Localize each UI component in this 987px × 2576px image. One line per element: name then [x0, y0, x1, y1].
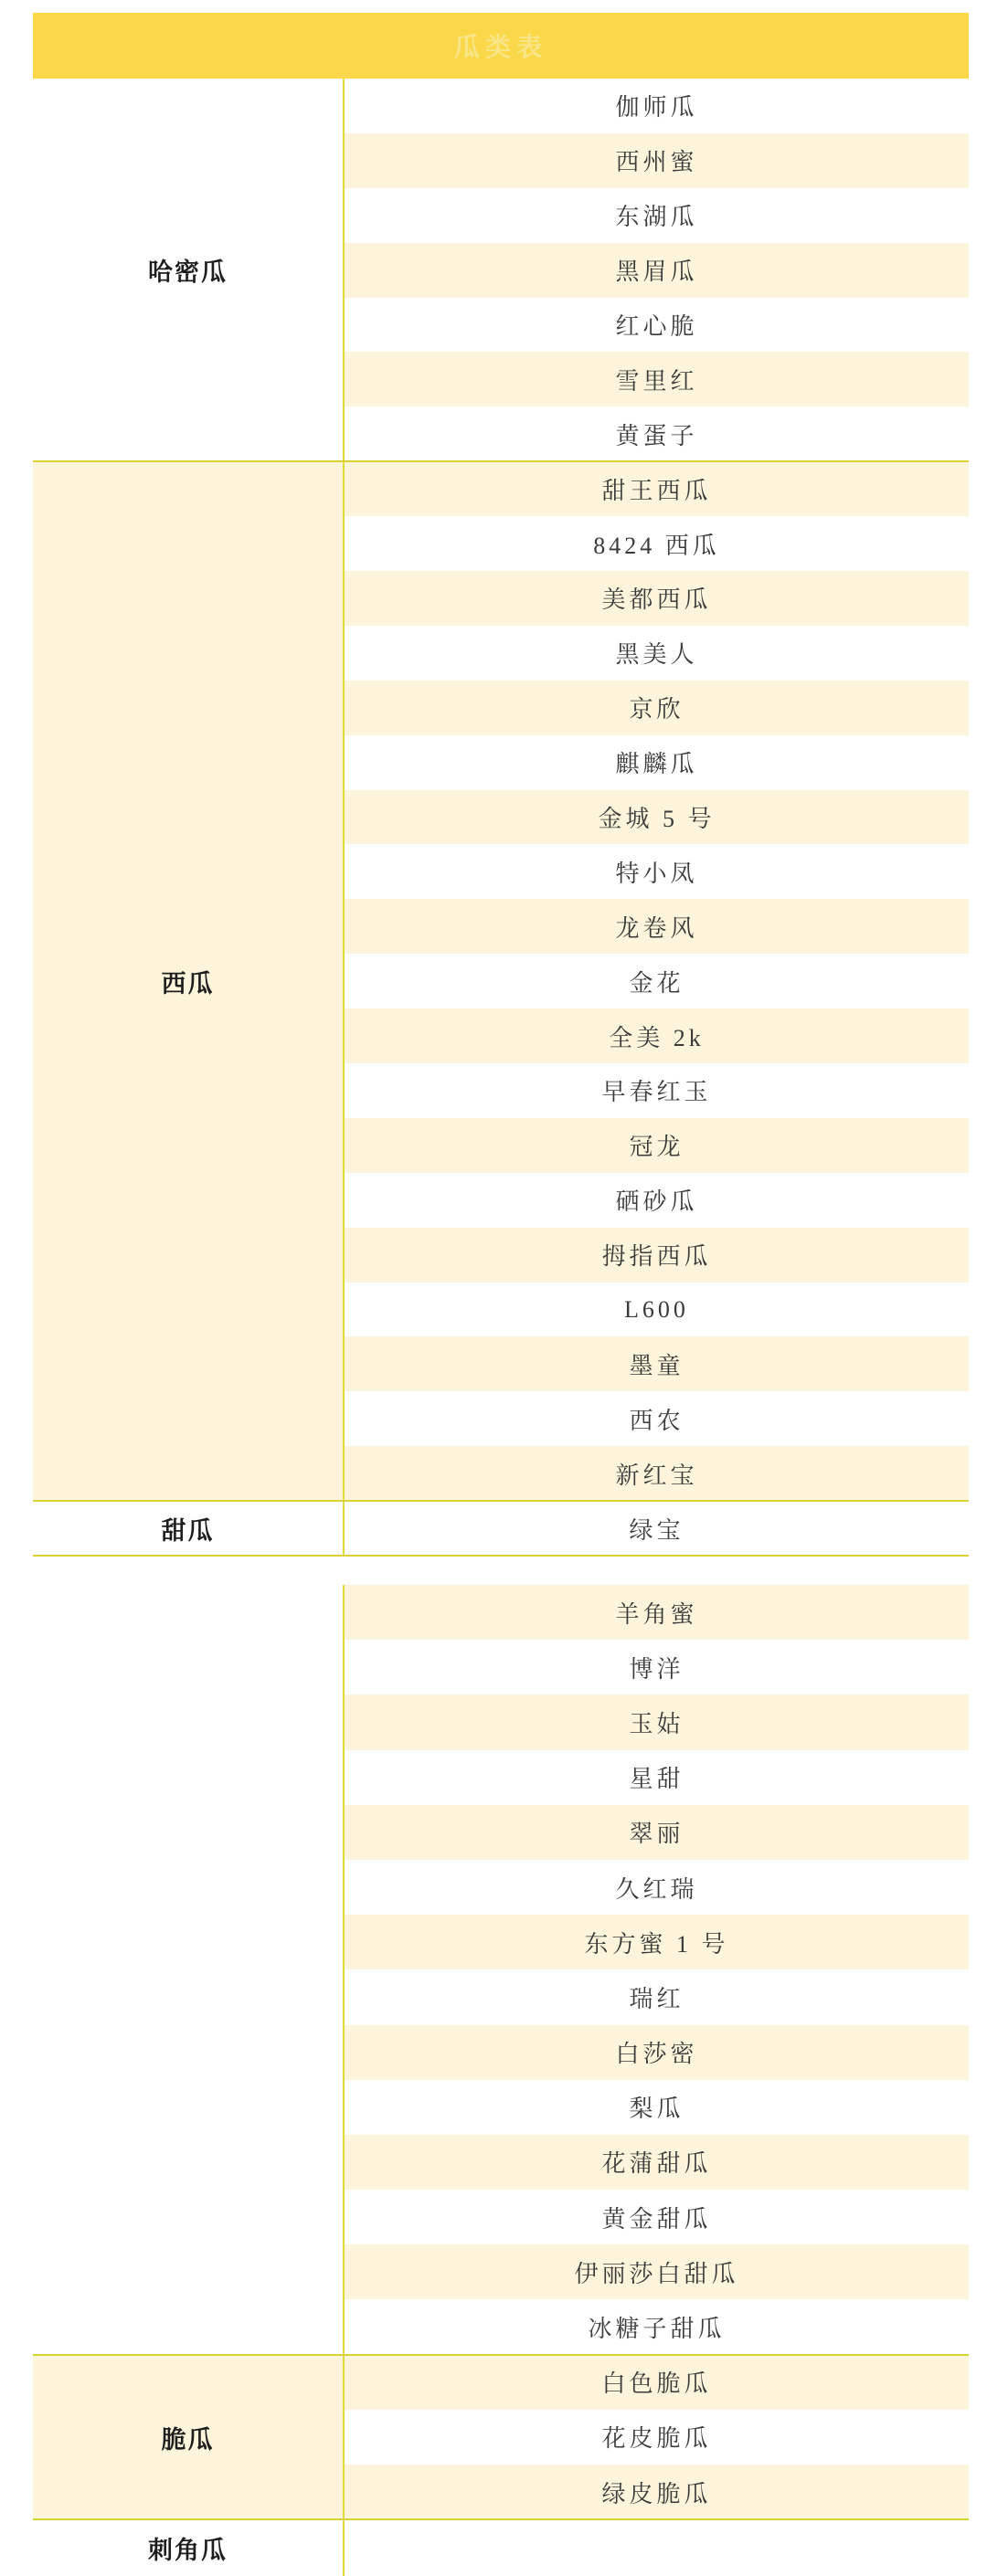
variety-row: 特小凤 — [345, 844, 969, 899]
variety-row: 早春红玉 — [345, 1063, 969, 1118]
table-body: 哈密瓜西瓜甜瓜 伽师瓜西州蜜东湖瓜黑眉瓜红心脆雪里红黄蛋子甜王西瓜8424 西瓜… — [33, 79, 969, 1556]
variety-name: 龙卷风 — [615, 910, 697, 944]
category-cell-甜瓜: 甜瓜 — [33, 1501, 343, 1556]
variety-name: 特小凤 — [615, 855, 697, 889]
variety-name: 冠龙 — [629, 1128, 684, 1162]
category-label: 西瓜 — [162, 964, 215, 999]
variety-name: 玉姑 — [629, 1705, 684, 1739]
variety-name: 全美 2k — [609, 1019, 705, 1053]
variety-row: 金花 — [345, 954, 969, 1008]
variety-name: 硒砂瓜 — [615, 1183, 697, 1217]
variety-row: 美都西瓜 — [345, 571, 969, 626]
variety-row: 瑞红 — [345, 1969, 969, 2024]
variety-column: 伽师瓜西州蜜东湖瓜黑眉瓜红心脆雪里红黄蛋子甜王西瓜8424 西瓜美都西瓜黑美人京… — [345, 79, 969, 1556]
variety-row: 绿宝 — [345, 1501, 969, 1556]
section-border-line — [33, 2518, 969, 2520]
variety-row: 麒麟瓜 — [345, 735, 969, 790]
section-border-line — [33, 1500, 969, 1502]
variety-row: 西州蜜 — [345, 133, 969, 188]
variety-row: 翠丽 — [345, 1805, 969, 1860]
variety-row: 花皮脆瓜 — [345, 2410, 969, 2465]
variety-name: 瑞红 — [629, 1980, 684, 2014]
category-label: 刺角瓜 — [148, 2530, 228, 2566]
variety-row: 羊角蜜 — [345, 1585, 969, 1640]
variety-row: 黄蛋子 — [345, 406, 969, 461]
variety-row: 绿皮脆瓜 — [345, 2465, 969, 2519]
variety-name: 花皮脆瓜 — [601, 2420, 711, 2454]
variety-row: 冠龙 — [345, 1118, 969, 1173]
melon-table-upper: 瓜类表 哈密瓜西瓜甜瓜 伽师瓜西州蜜东湖瓜黑眉瓜红心脆雪里红黄蛋子甜王西瓜842… — [33, 13, 969, 1556]
table-title-bar: 瓜类表 — [33, 13, 969, 79]
variety-row: 硒砂瓜 — [345, 1173, 969, 1228]
variety-name: 金城 5 号 — [598, 800, 715, 834]
variety-name: 久红瑞 — [615, 1871, 697, 1905]
variety-name: 西农 — [629, 1402, 684, 1436]
category-label: 甜瓜 — [162, 1511, 215, 1547]
variety-row: 西农 — [345, 1391, 969, 1446]
variety-name: 星甜 — [629, 1760, 684, 1794]
category-label: 哈密瓜 — [148, 252, 228, 288]
category-cell-empty — [33, 1585, 343, 2355]
variety-name: 黄金甜瓜 — [601, 2201, 711, 2234]
variety-name: L600 — [624, 1296, 689, 1324]
variety-column: 羊角蜜博洋玉姑星甜翠丽久红瑞东方蜜 1 号瑞红白莎密梨瓜花蒲甜瓜黄金甜瓜伊丽莎白… — [345, 1585, 969, 2576]
variety-row: 全美 2k — [345, 1008, 969, 1063]
variety-row: 东湖瓜 — [345, 188, 969, 243]
variety-name: 雪里红 — [615, 363, 697, 396]
variety-row: 红心脆 — [345, 298, 969, 353]
variety-name: 京欣 — [629, 691, 684, 724]
category-label: 脆瓜 — [162, 2420, 215, 2455]
variety-name: 金花 — [629, 965, 684, 998]
category-column: 哈密瓜西瓜甜瓜 — [33, 79, 343, 1556]
variety-name: 冰糖子甜瓜 — [588, 2310, 725, 2344]
variety-name: 甜王西瓜 — [601, 472, 711, 506]
variety-name: 新红宝 — [615, 1457, 697, 1491]
variety-row: 伊丽莎白甜瓜 — [345, 2244, 969, 2299]
variety-name: 东方蜜 1 号 — [584, 1926, 728, 1959]
variety-name: 博洋 — [629, 1651, 684, 1684]
variety-name: 梨瓜 — [629, 2090, 684, 2124]
variety-row: 黑眉瓜 — [345, 243, 969, 298]
table-bottom-border-line — [33, 1555, 969, 1557]
melon-table-lower: 脆瓜刺角瓜 羊角蜜博洋玉姑星甜翠丽久红瑞东方蜜 1 号瑞红白莎密梨瓜花蒲甜瓜黄金… — [33, 1585, 969, 2576]
category-column: 脆瓜刺角瓜 — [33, 1585, 343, 2576]
variety-row: 京欣 — [345, 681, 969, 735]
variety-row: 东方蜜 1 号 — [345, 1915, 969, 1969]
variety-name: 黄蛋子 — [615, 417, 697, 451]
variety-row — [345, 2519, 969, 2575]
variety-name: 伽师瓜 — [615, 89, 697, 122]
table-title: 瓜类表 — [454, 27, 547, 64]
variety-name: 羊角蜜 — [615, 1596, 697, 1630]
variety-name: 早春红玉 — [601, 1073, 711, 1107]
variety-row: 梨瓜 — [345, 2080, 969, 2135]
variety-row: 白色脆瓜 — [345, 2355, 969, 2410]
variety-name: 8424 西瓜 — [593, 527, 720, 561]
variety-row: L600 — [345, 1283, 969, 1337]
variety-row: 花蒲甜瓜 — [345, 2135, 969, 2190]
variety-name: 伊丽莎白甜瓜 — [574, 2255, 738, 2289]
variety-row: 龙卷风 — [345, 899, 969, 954]
category-cell-西瓜: 西瓜 — [33, 461, 343, 1501]
variety-name: 黑美人 — [615, 636, 697, 670]
section-border-line — [33, 460, 969, 462]
category-cell-哈密瓜: 哈密瓜 — [33, 79, 343, 461]
variety-name: 红心脆 — [615, 308, 697, 342]
variety-row: 拇指西瓜 — [345, 1228, 969, 1283]
variety-row: 8424 西瓜 — [345, 516, 969, 571]
variety-name: 翠丽 — [629, 1815, 684, 1849]
variety-name: 绿皮脆瓜 — [601, 2476, 711, 2509]
variety-name: 黑眉瓜 — [615, 253, 697, 287]
variety-name: 西州蜜 — [615, 143, 697, 177]
variety-row: 博洋 — [345, 1640, 969, 1694]
section-border-line — [33, 2354, 969, 2356]
variety-name: 白莎密 — [615, 2035, 697, 2069]
table-body: 脆瓜刺角瓜 羊角蜜博洋玉姑星甜翠丽久红瑞东方蜜 1 号瑞红白莎密梨瓜花蒲甜瓜黄金… — [33, 1585, 969, 2576]
variety-row: 冰糖子甜瓜 — [345, 2299, 969, 2354]
variety-name: 墨童 — [629, 1347, 684, 1381]
variety-row: 新红宝 — [345, 1446, 969, 1501]
variety-row: 星甜 — [345, 1750, 969, 1805]
variety-row: 伽师瓜 — [345, 79, 969, 133]
variety-name: 拇指西瓜 — [601, 1238, 711, 1272]
variety-name: 美都西瓜 — [601, 581, 711, 615]
category-cell-脆瓜: 脆瓜 — [33, 2355, 343, 2520]
variety-row: 白莎密 — [345, 2025, 969, 2080]
variety-row: 玉姑 — [345, 1694, 969, 1749]
variety-name: 麒麟瓜 — [615, 745, 697, 779]
variety-name: 白色脆瓜 — [601, 2365, 711, 2399]
variety-row: 黄金甜瓜 — [345, 2190, 969, 2244]
category-cell-刺角瓜: 刺角瓜 — [33, 2519, 343, 2575]
variety-row: 雪里红 — [345, 352, 969, 406]
variety-row: 久红瑞 — [345, 1860, 969, 1915]
variety-name: 花蒲甜瓜 — [601, 2145, 711, 2179]
variety-row: 甜王西瓜 — [345, 461, 969, 516]
variety-name: 东湖瓜 — [615, 198, 697, 232]
variety-row: 黑美人 — [345, 626, 969, 681]
variety-row: 金城 5 号 — [345, 790, 969, 845]
variety-row: 墨童 — [345, 1336, 969, 1391]
variety-name: 绿宝 — [629, 1512, 684, 1546]
